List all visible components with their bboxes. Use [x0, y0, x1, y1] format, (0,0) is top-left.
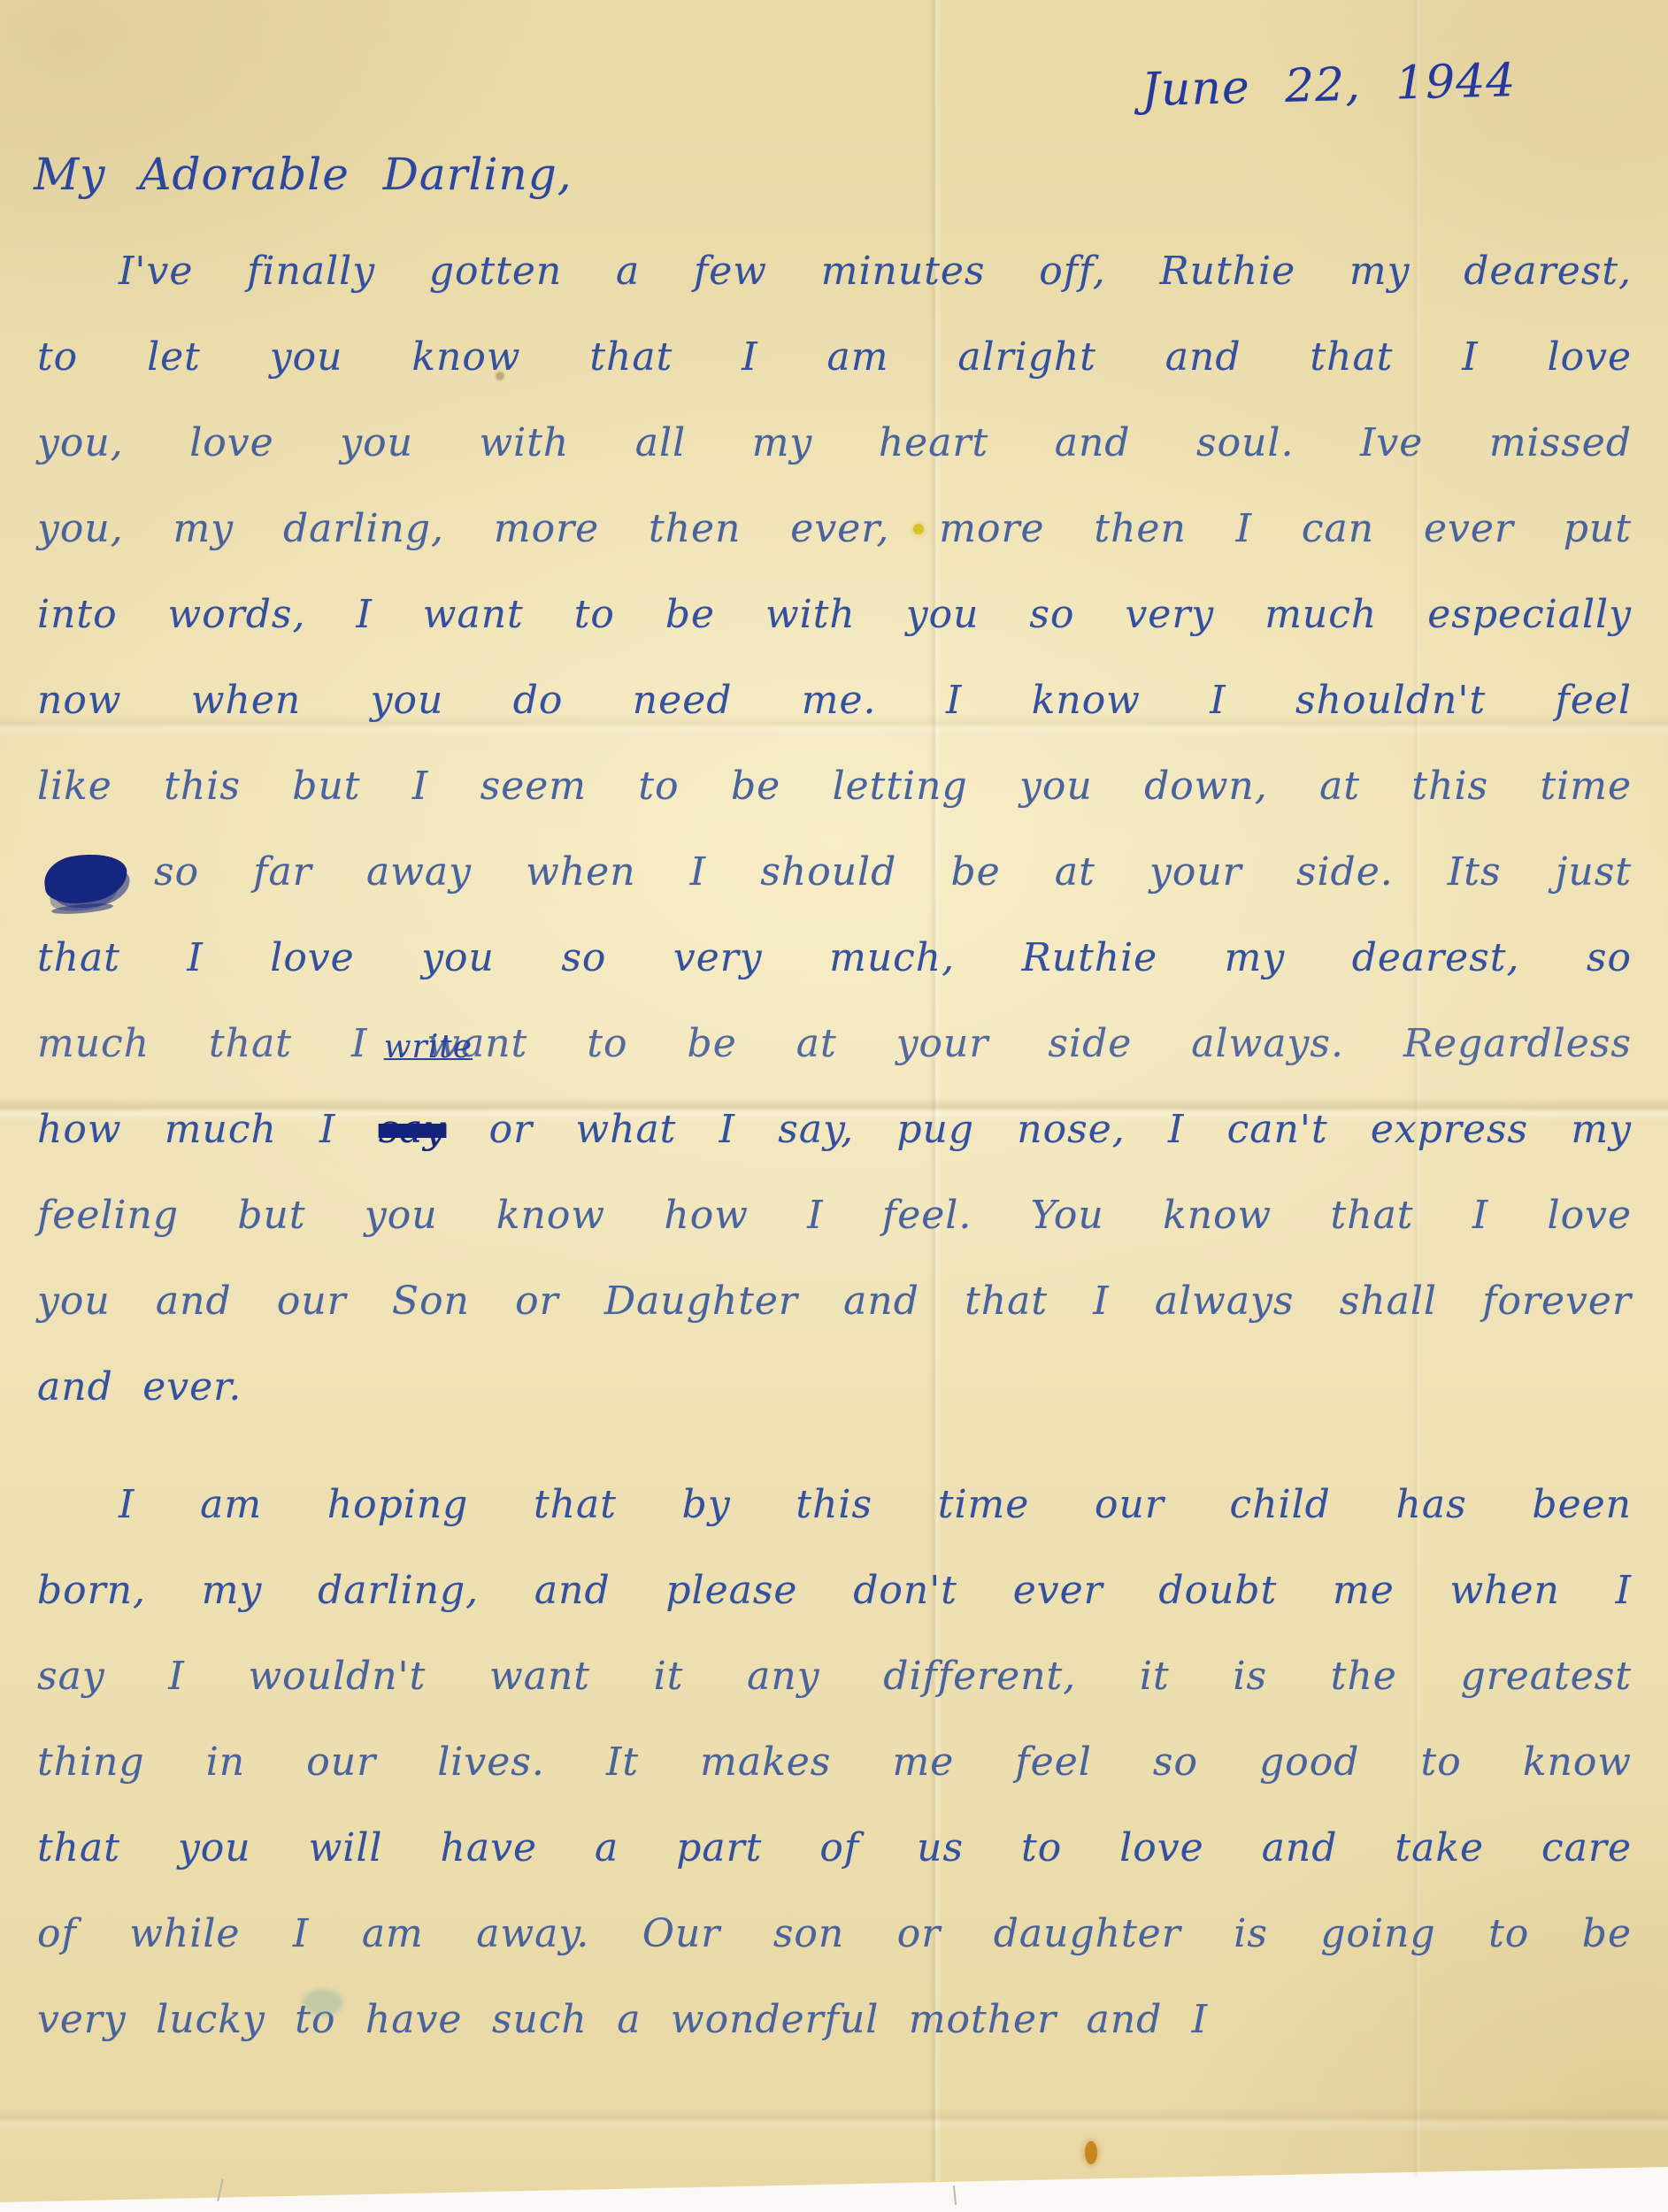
letter-line: born, my darling, and please don't ever …: [37, 1548, 1632, 1633]
letter-line: I've finally gotten a few minutes off, R…: [37, 228, 1632, 314]
letter-line: that I love you so very much, Ruthie my …: [37, 915, 1632, 1001]
letter-line: you and our Son or Daughter and that I a…: [37, 1258, 1632, 1344]
letter-salutation: My Adorable Darling,: [34, 149, 653, 200]
letter-line: very lucky to have such a wonderful moth…: [37, 1977, 1632, 2062]
letter-body: I've finally gotten a few minutes off, R…: [37, 228, 1632, 2062]
letter-line: feeling but you know how I feel. You kno…: [37, 1172, 1632, 1258]
letter-line: into words, I want to be with you so ver…: [37, 572, 1632, 657]
inserted-word: write: [384, 1032, 473, 1064]
scan-artifact-mark: [953, 2185, 957, 2205]
letter-line: that you will have a part of us to love …: [37, 1805, 1632, 1891]
letter-text: how much I: [37, 1107, 335, 1152]
letter-paragraph-2: I am hoping that by this time our child …: [37, 1462, 1632, 2062]
letter-line: you, love you with all my heart and soul…: [37, 400, 1632, 486]
letter-line: I am hoping that by this time our child …: [37, 1462, 1632, 1548]
letter-text: or what I say, pug nose, I can't express…: [489, 1107, 1632, 1152]
struck-out-word: say: [379, 1107, 447, 1152]
letter-line: of while I am away. Our son or daughter …: [37, 1891, 1632, 1977]
handwritten-correction: say write: [379, 1087, 447, 1172]
scanned-letter-page: { "letter": { "date": "June 22, 1944", "…: [0, 0, 1668, 2212]
letter-line: to let you know that I am alright and th…: [37, 314, 1632, 400]
letter-line: much that I want to be at your side alwa…: [37, 1001, 1632, 1087]
letter-line: like this but I seem to be letting you d…: [37, 743, 1632, 829]
letter-line: you, my darling, more then ever, more th…: [37, 486, 1632, 572]
letter-line-with-blot: so far away when I should be at your sid…: [37, 829, 1632, 915]
letter-line: say I wouldn't want it any different, it…: [37, 1633, 1632, 1719]
letter-line: and ever.: [37, 1344, 1632, 1430]
letter-line: thing in our lives. It makes me feel so …: [37, 1719, 1632, 1805]
letter-line: now when you do need me. I know I should…: [37, 657, 1632, 743]
letter-date: June 22, 1944: [1141, 53, 1557, 117]
letter-line-with-correction: how much I say write or what I say, pug …: [37, 1087, 1632, 1172]
